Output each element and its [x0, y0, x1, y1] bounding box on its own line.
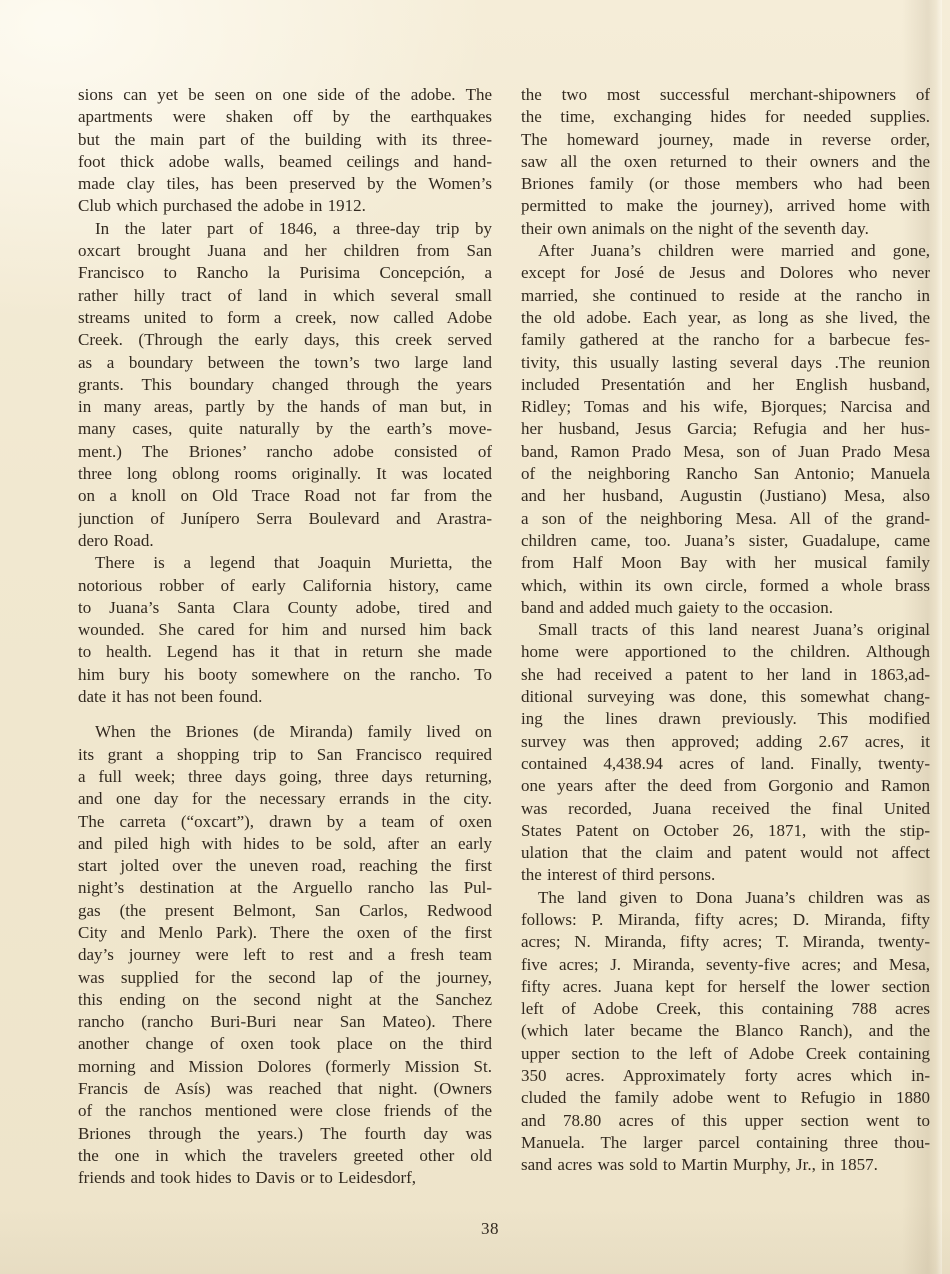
- paragraph: sions can yet be seen on one side of the…: [78, 84, 492, 218]
- text-line: rancho (rancho Buri-Buri near San Mateo)…: [78, 1011, 492, 1033]
- text-line: rather hilly tract of land in which seve…: [78, 285, 492, 307]
- text-line: grants. This boundary changed through th…: [78, 374, 492, 396]
- text-line: In the later part of 1846, a three-day t…: [78, 218, 492, 240]
- text-line: family gathered at the rancho for a barb…: [521, 329, 930, 351]
- text-line: streams united to form a creek, now call…: [78, 307, 492, 329]
- text-line: Club which purchased the adobe in 1912.: [78, 195, 492, 217]
- text-line: married, she continued to reside at the …: [521, 285, 930, 307]
- text-line: sions can yet be seen on one side of the…: [78, 84, 492, 106]
- paragraph: the two most successful merchant-shipown…: [521, 84, 930, 240]
- text-line: The land given to Dona Juana’s children …: [521, 887, 930, 909]
- text-line: dero Road.: [78, 530, 492, 552]
- text-line: which, within its own circle, formed a w…: [521, 575, 930, 597]
- text-line: but the main part of the building with i…: [78, 129, 492, 151]
- text-line: foot thick adobe walls, beamed ceilings …: [78, 151, 492, 173]
- text-line: morning and Mission Dolores (formerly Mi…: [78, 1056, 492, 1078]
- text-line: three long oblong rooms originally. It w…: [78, 463, 492, 485]
- text-line: the old adobe. Each year, as long as she…: [521, 307, 930, 329]
- text-line: tivity, this usually lasting several day…: [521, 352, 930, 374]
- text-line: ulation that the claim and patent would …: [521, 842, 930, 864]
- text-line: she had received a patent to her land in…: [521, 664, 930, 686]
- text-line: oxcart brought Juana and her children fr…: [78, 240, 492, 262]
- text-line: band and added much gaiety to the occasi…: [521, 597, 930, 619]
- text-line: home were apportioned to the children. A…: [521, 641, 930, 663]
- text-line: Briones through the years.) The fourth d…: [78, 1123, 492, 1145]
- text-line: apartments were shaken off by the earthq…: [78, 106, 492, 128]
- text-line: gas (the present Belmont, San Carlos, Re…: [78, 900, 492, 922]
- text-line: day’s journey were left to rest and a fr…: [78, 944, 492, 966]
- text-line: their own animals on the night of the se…: [521, 218, 930, 240]
- text-line: Small tracts of this land nearest Juana’…: [521, 619, 930, 641]
- text-line: included Presentatión and her English hu…: [521, 374, 930, 396]
- text-line: him bury his booty somewhere on the ranc…: [78, 664, 492, 686]
- text-line: its grant a shopping trip to San Francis…: [78, 744, 492, 766]
- text-line: another change of oxen took place on the…: [78, 1033, 492, 1055]
- text-line: Manuela. The larger parcel containing th…: [521, 1132, 930, 1154]
- text-line: ing the lines drawn previously. This mod…: [521, 708, 930, 730]
- text-line: five acres; J. Miranda, seventy-five acr…: [521, 954, 930, 976]
- text-line: the two most successful merchant-shipown…: [521, 84, 930, 106]
- text-line: one years after the deed from Gorgonio a…: [521, 775, 930, 797]
- text-line: night’s destination at the Arguello ranc…: [78, 877, 492, 899]
- text-line: junction of Junípero Serra Boulevard and…: [78, 508, 492, 530]
- text-line: and one day for the necessary errands in…: [78, 788, 492, 810]
- text-line: left of Adobe Creek, this containing 788…: [521, 998, 930, 1020]
- text-line: on a knoll on Old Trace Road not far fro…: [78, 485, 492, 507]
- text-line: upper section to the left of Adobe Creek…: [521, 1043, 930, 1065]
- text-line: saw all the oxen returned to their owner…: [521, 151, 930, 173]
- text-line: the one in which the travelers greeted o…: [78, 1145, 492, 1167]
- text-line: follows: P. Miranda, fifty acres; D. Mir…: [521, 909, 930, 931]
- text-line: a son of the neighboring Mesa. All of th…: [521, 508, 930, 530]
- text-line: a full week; three days going, three day…: [78, 766, 492, 788]
- text-line: as a boundary between the town’s two lar…: [78, 352, 492, 374]
- text-line: cluded the family adobe went to Refugio …: [521, 1087, 930, 1109]
- text-line: Briones family (or those members who had…: [521, 173, 930, 195]
- text-line: made clay tiles, has been preserved by t…: [78, 173, 492, 195]
- text-line: children came, too. Juana’s sister, Guad…: [521, 530, 930, 552]
- text-line: Francisco to Rancho la Purisima Concepci…: [78, 262, 492, 284]
- text-line: When the Briones (de Miranda) family liv…: [78, 721, 492, 743]
- text-line: wounded. She cared for him and nursed hi…: [78, 619, 492, 641]
- text-line: and piled high with hides to be sold, af…: [78, 833, 492, 855]
- text-line: City and Menlo Park). There the oxen of …: [78, 922, 492, 944]
- text-line: Creek. (Through the early days, this cre…: [78, 329, 492, 351]
- text-line: in many areas, partly by the hands of ma…: [78, 396, 492, 418]
- text-line: start jolted over the uneven road, reach…: [78, 855, 492, 877]
- paragraph: There is a legend that Joaquin Murietta,…: [78, 552, 492, 708]
- text-line: Ridley; Tomas and his wife, Bjorques; Na…: [521, 396, 930, 418]
- text-line: this ending on the second night at the S…: [78, 989, 492, 1011]
- text-line: ditional surveying was done, this somewh…: [521, 686, 930, 708]
- text-line: (which later became the Blanco Ranch), a…: [521, 1020, 930, 1042]
- text-line: was supplied for the second lap of the j…: [78, 967, 492, 989]
- right-text-column: the two most successful merchant-shipown…: [521, 84, 930, 1190]
- text-line: The homeward journey, made in reverse or…: [521, 129, 930, 151]
- text-line: date it has not been found.: [78, 686, 492, 708]
- text-line: After Juana’s children were married and …: [521, 240, 930, 262]
- text-line: band, Ramon Prado Mesa, son of Juan Prad…: [521, 441, 930, 463]
- text-line: acres; N. Miranda, fifty acres; T. Miran…: [521, 931, 930, 953]
- text-line: to Juana’s Santa Clara County adobe, tir…: [78, 597, 492, 619]
- text-line: from Half Moon Bay with her musical fami…: [521, 552, 930, 574]
- text-line: fifty acres. Juana kept for herself the …: [521, 976, 930, 998]
- text-line: There is a legend that Joaquin Murietta,…: [78, 552, 492, 574]
- text-line: The carreta (“oxcart”), drawn by a team …: [78, 811, 492, 833]
- paragraph: The land given to Dona Juana’s children …: [521, 887, 930, 1177]
- text-line: of the neighboring Rancho San Antonio; M…: [521, 463, 930, 485]
- text-line: was recorded, Juana received the final U…: [521, 798, 930, 820]
- text-line: survey was then approved; adding 2.67 ac…: [521, 731, 930, 753]
- page-number: 38: [0, 1219, 950, 1239]
- text-line: the interest of third persons.: [521, 864, 930, 886]
- text-line: States Patent on October 26, 1871, with …: [521, 820, 930, 842]
- paragraph: After Juana’s children were married and …: [521, 240, 930, 619]
- text-line: and 78.80 acres of this upper section we…: [521, 1110, 930, 1132]
- text-line: except for José de Jesus and Dolores who…: [521, 262, 930, 284]
- text-line: permitted to make the journey), arrived …: [521, 195, 930, 217]
- text-line: her husband, Jesus Garcia; Refugia and h…: [521, 418, 930, 440]
- text-line: ment.) The Briones’ rancho adobe consist…: [78, 441, 492, 463]
- paragraph: In the later part of 1846, a three-day t…: [78, 218, 492, 552]
- paragraph: When the Briones (de Miranda) family liv…: [78, 721, 492, 1189]
- text-line: of the ranchos mentioned were close frie…: [78, 1100, 492, 1122]
- text-line: many cases, quite naturally by the earth…: [78, 418, 492, 440]
- text-line: friends and took hides to Davis or to Le…: [78, 1167, 492, 1189]
- text-line: contained 4,438.94 acres of land. Finall…: [521, 753, 930, 775]
- left-text-column: sions can yet be seen on one side of the…: [78, 84, 492, 1190]
- page-bottom-shade: [0, 1204, 950, 1274]
- text-line: to health. Legend has it that in return …: [78, 641, 492, 663]
- paragraph: Small tracts of this land nearest Juana’…: [521, 619, 930, 887]
- text-line: 350 acres. Approximately forty acres whi…: [521, 1065, 930, 1087]
- book-page-text: sions can yet be seen on one side of the…: [78, 84, 930, 1190]
- text-line: Francis de Asís) was reached that night.…: [78, 1078, 492, 1100]
- text-line: and her husband, Augustin (Justiano) Mes…: [521, 485, 930, 507]
- text-line: notorious robber of early California his…: [78, 575, 492, 597]
- text-line: sand acres was sold to Martin Murphy, Jr…: [521, 1154, 930, 1176]
- text-line: the time, exchanging hides for needed su…: [521, 106, 930, 128]
